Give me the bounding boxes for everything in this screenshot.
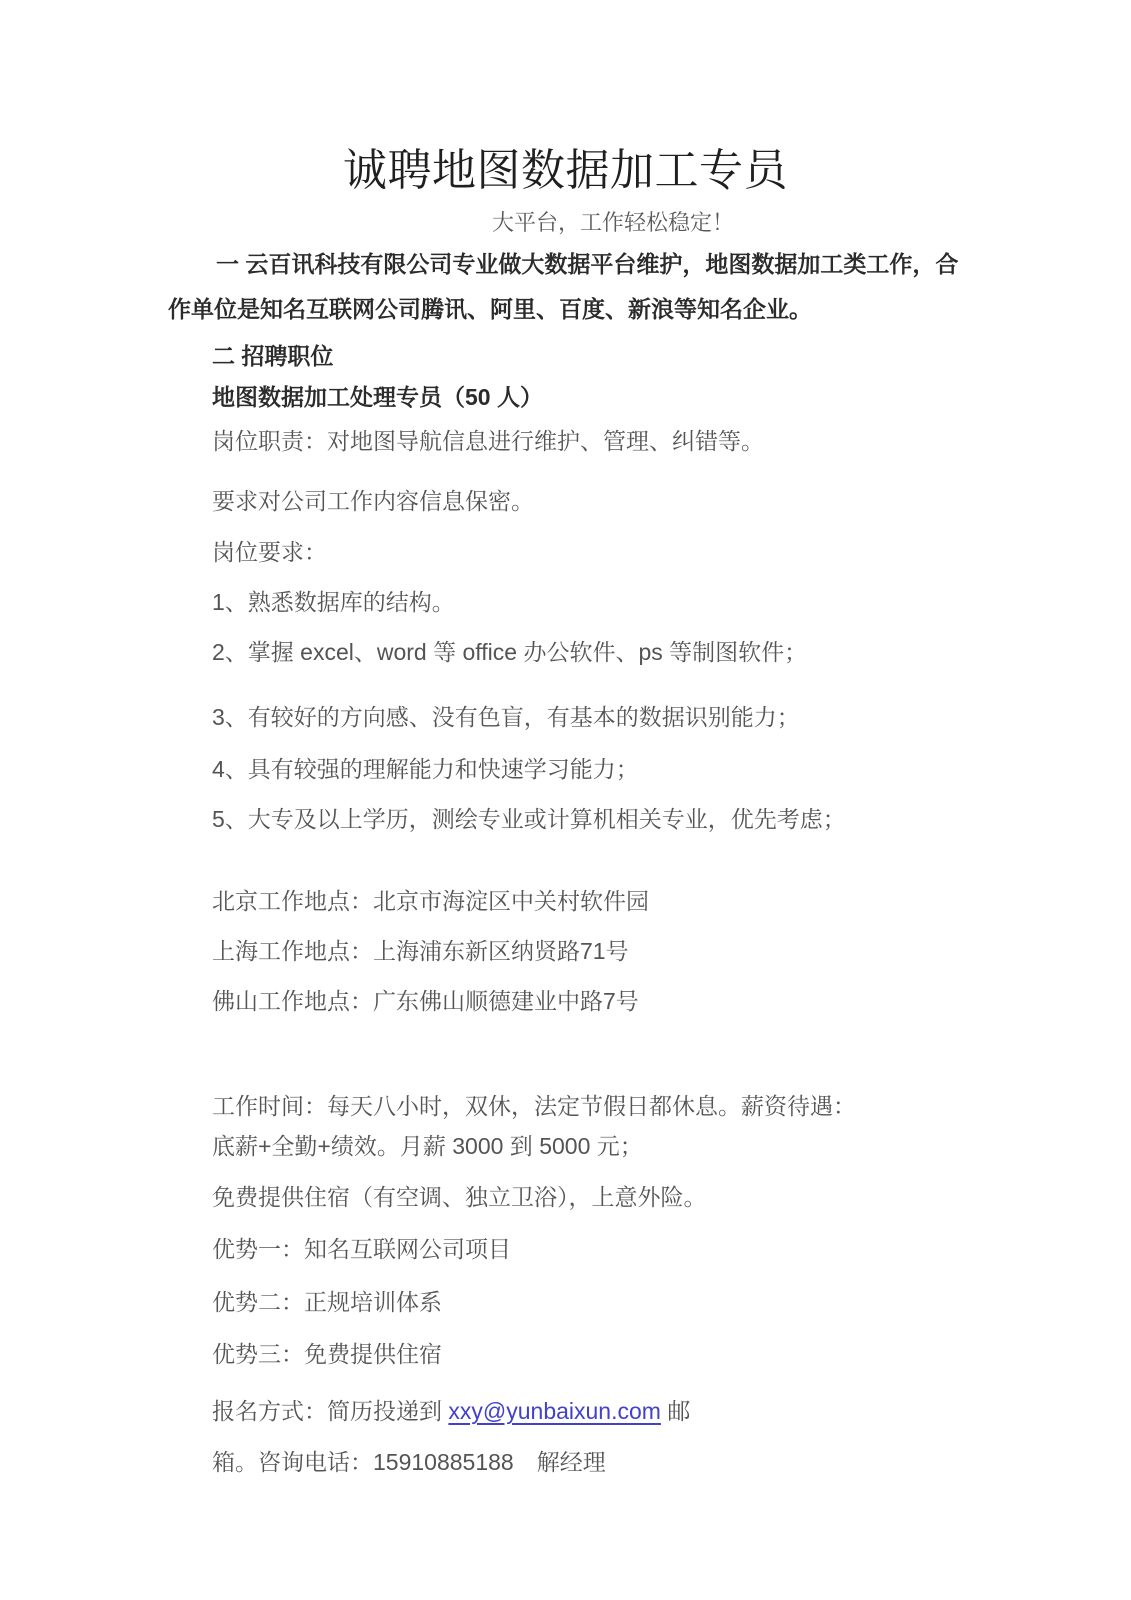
requirement-item-1: 1、熟悉数据库的结构。: [212, 589, 455, 617]
worktime-salary-line-1: 工作时间：每天八小时，双休，法定节假日都休息。薪资待遇：: [212, 1093, 856, 1121]
apply-method-suffix: 邮: [661, 1398, 690, 1424]
document-page: 诚聘地图数据加工专员 大平台，工作轻松稳定！ 一 云百讯科技有限公司专业做大数据…: [0, 0, 1131, 1600]
confidentiality-line: 要求对公司工作内容信息保密。: [212, 488, 534, 516]
worktime-salary-line-2: 底薪+全勤+绩效。月薪 3000 到 5000 元；: [212, 1133, 643, 1161]
work-location-shanghai: 上海工作地点：上海浦东新区纳贤路71号: [212, 938, 629, 966]
requirements-heading: 岗位要求：: [212, 539, 327, 567]
contact-phone-line: 箱。咨询电话：15910885188 解经理: [212, 1449, 606, 1477]
advantage-item-2: 优势二：正规培训体系: [212, 1289, 442, 1317]
requirement-item-5: 5、大专及以上学历，测绘专业或计算机相关专业，优先考虑；: [212, 806, 846, 834]
intro-paragraph-line-2: 作单位是知名互联网公司腾讯、阿里、百度、新浪等知名企业。: [168, 296, 812, 324]
apply-email-link[interactable]: xxy@yunbaixun.com: [448, 1398, 661, 1424]
housing-benefit-line: 免费提供住宿（有空调、独立卫浴），上意外险。: [212, 1184, 707, 1212]
apply-method-line: 报名方式：简历投递到 xxy@yunbaixun.com 邮: [212, 1398, 690, 1426]
document-subtitle: 大平台，工作轻松稳定！: [492, 210, 734, 236]
apply-method-prefix: 报名方式：简历投递到: [212, 1398, 448, 1424]
advantage-item-3: 优势三：免费提供住宿: [212, 1341, 442, 1369]
requirement-item-4: 4、具有较强的理解能力和快速学习能力；: [212, 756, 639, 784]
intro-paragraph-line-1: 一 云百讯科技有限公司专业做大数据平台维护，地图数据加工类工作，合: [216, 251, 958, 279]
work-location-foshan: 佛山工作地点：广东佛山顺德建业中路7号: [212, 988, 639, 1016]
requirement-item-3: 3、有较好的方向感、没有色盲，有基本的数据识别能力；: [212, 704, 800, 732]
job-duty-line: 岗位职责：对地图导航信息进行维护、管理、纠错等。: [212, 428, 764, 456]
section-heading-recruit-position: 二 招聘职位: [212, 343, 333, 371]
work-location-beijing: 北京工作地点：北京市海淀区中关村软件园: [212, 888, 649, 916]
position-title: 地图数据加工处理专员（50 人）: [212, 384, 543, 412]
document-title: 诚聘地图数据加工专员: [0, 146, 1131, 197]
advantage-item-1: 优势一：知名互联网公司项目: [212, 1236, 511, 1264]
requirement-item-2: 2、掌握 excel、word 等 office 办公软件、ps 等制图软件；: [212, 639, 807, 667]
